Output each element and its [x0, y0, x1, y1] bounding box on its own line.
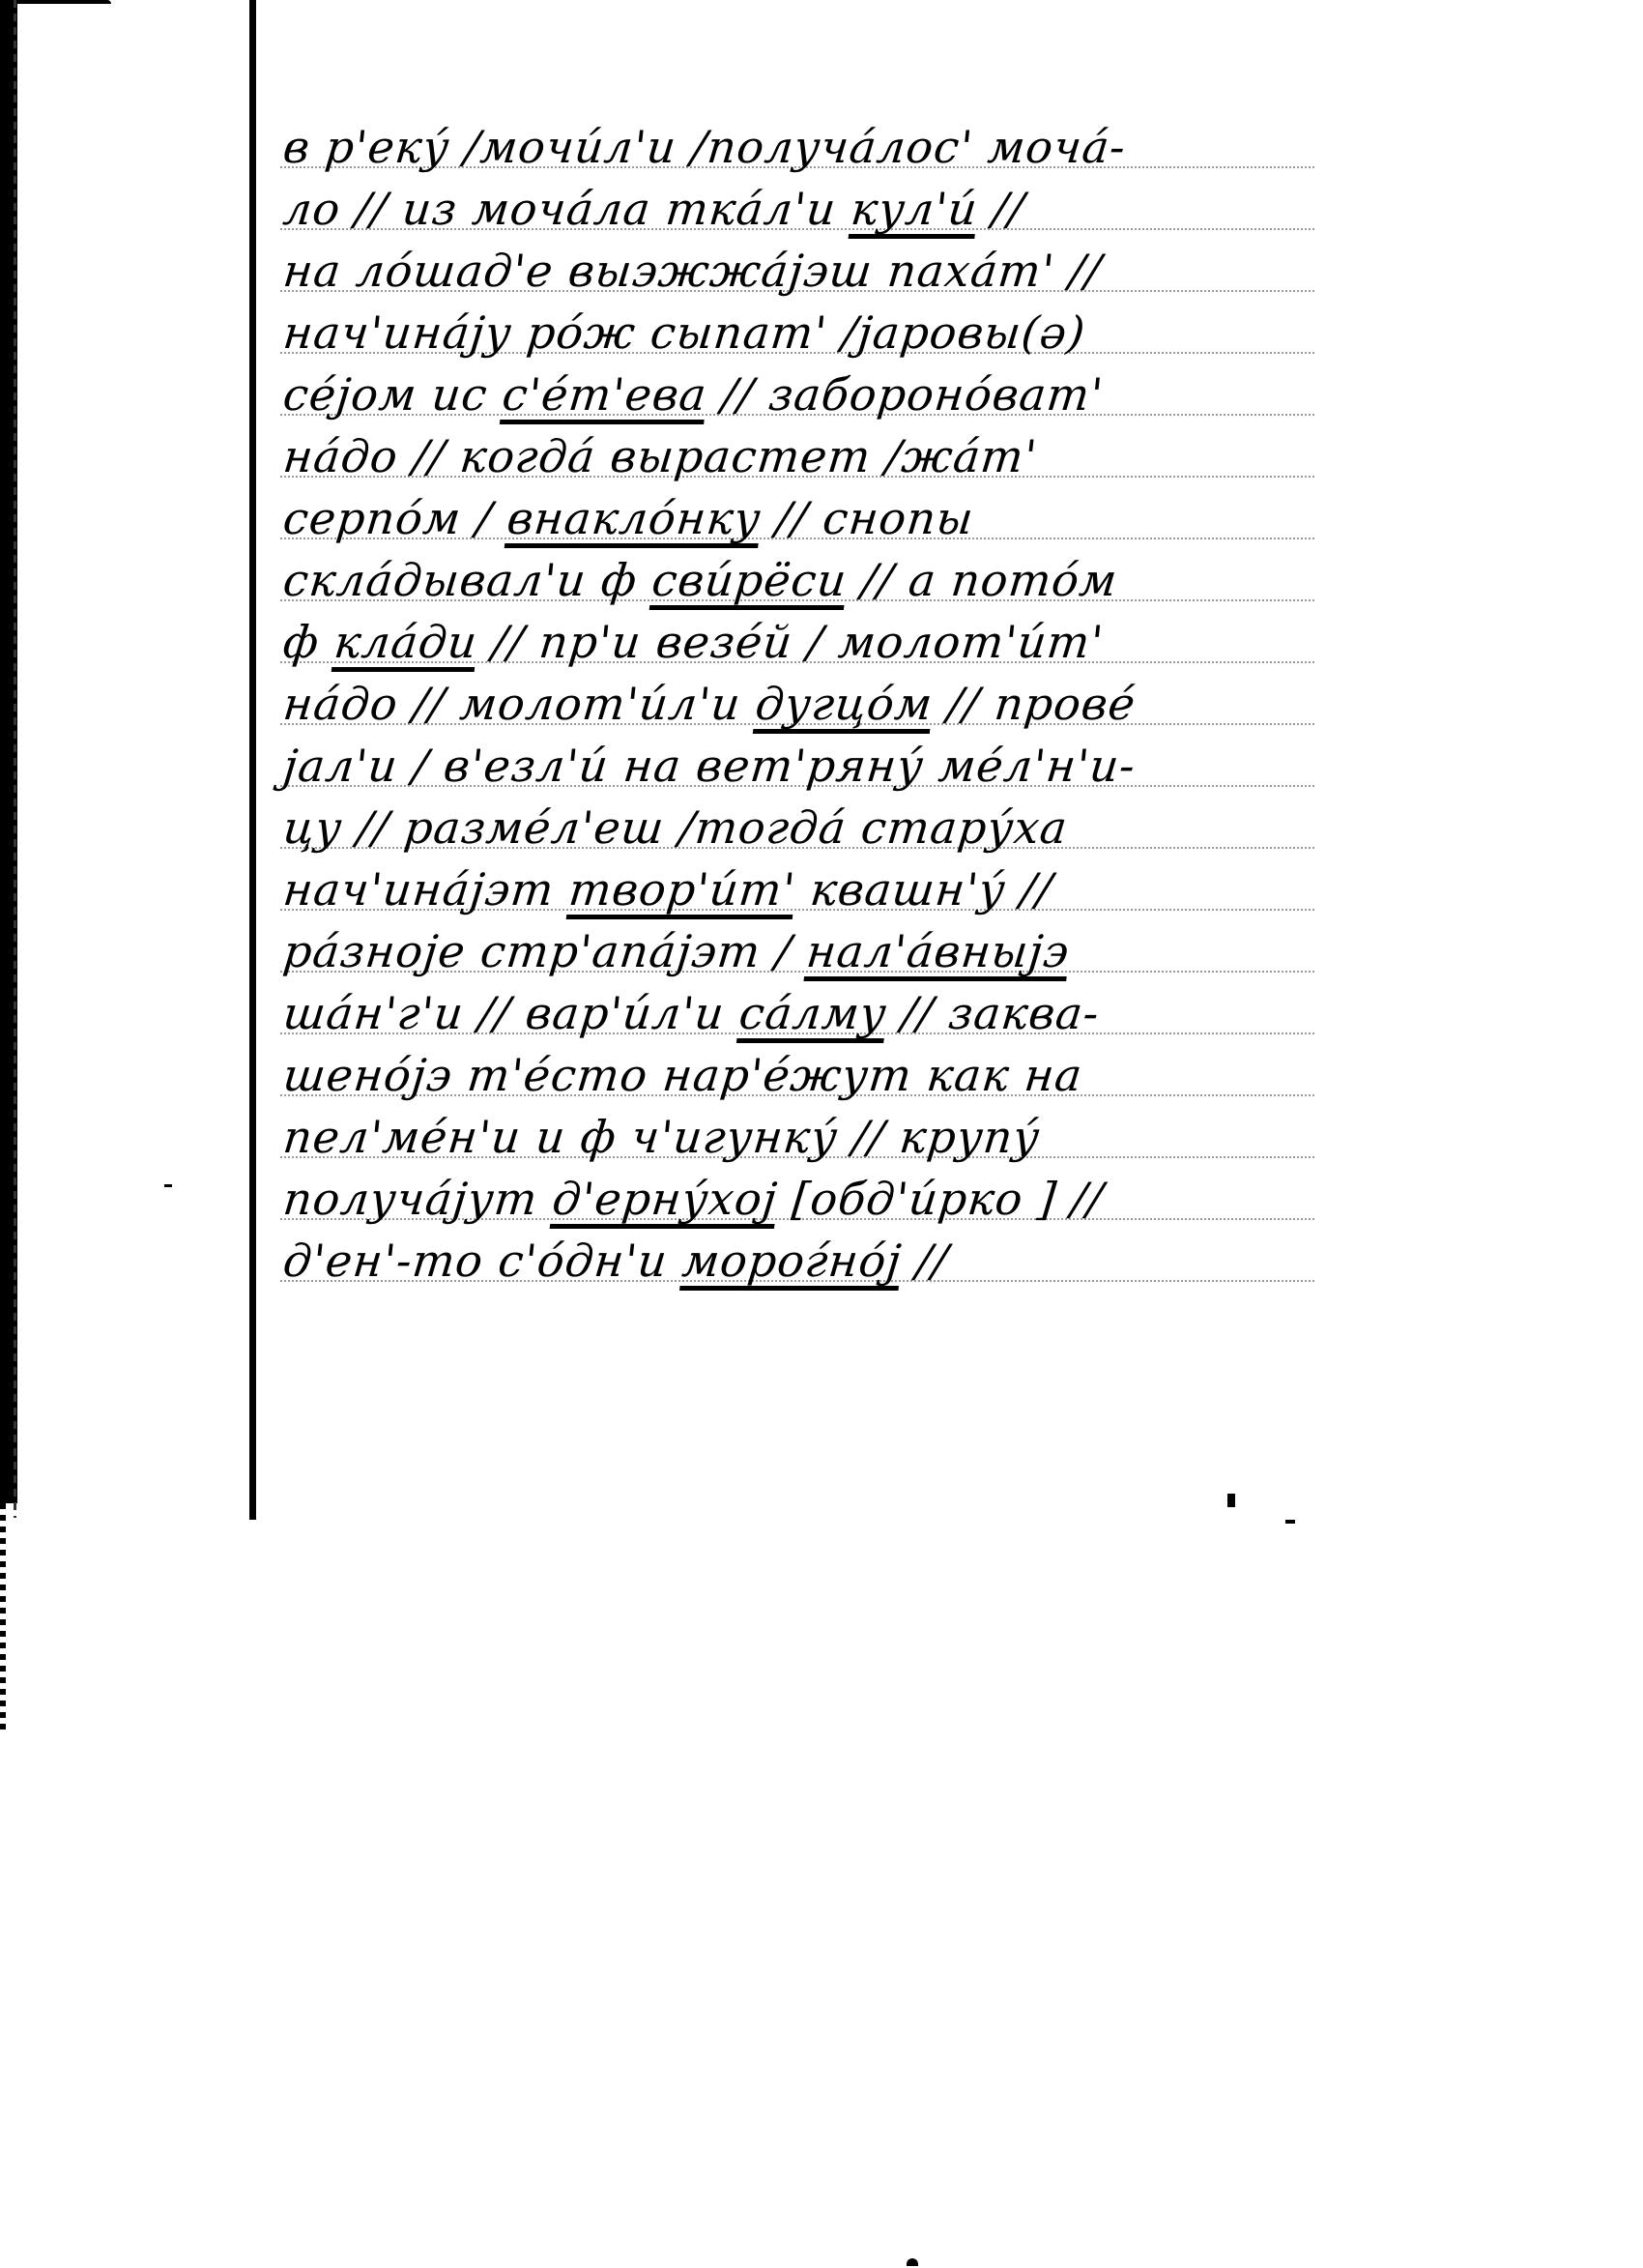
underlined-term: д'ерну́хој [550, 1173, 780, 1225]
line-text: // [975, 183, 1027, 235]
line-text: пел'ме́н'и и ф ч'игунку́ // крупу́ [281, 1111, 1043, 1163]
line-text: ра́зноје стр'апа́јэт / [281, 925, 810, 977]
line-text: ло // из мочá́ла ткáл'и [281, 183, 854, 235]
handwritten-line: нач'ина́јэт твор'и́т' квашн'у́ // [280, 858, 1331, 920]
handwritten-line: склáдывал'и ф свúрёси // а пото́м [280, 549, 1331, 611]
underlined-term: внаклóнку [504, 492, 764, 544]
handwritten-line: шено́јэ т'е́сто нар'е́жут как на [280, 1044, 1331, 1106]
handwritten-line: ра́зноје стр'апа́јэт / нал'а́вныјэ [280, 920, 1331, 982]
line-text: // а пото́м [844, 554, 1120, 606]
scan-edge-dashes [14, 0, 16, 1518]
line-text: на́до // когда́ вырастет /жа́т' [281, 430, 1041, 482]
underlined-term: са́лму [736, 987, 889, 1039]
line-text: // пр'и везе́й / молот'и́т' [475, 616, 1107, 668]
underlined-term: с'е́т'ева [500, 368, 709, 421]
underlined-term: кул'и́ [849, 183, 980, 235]
handwritten-line: нач'ина́ју ро́ж сыпат' /јаровы(ә) [280, 302, 1331, 363]
margin-rule [249, 0, 256, 1520]
line-text: в р'еку́ /мочи́л'и /получа́лос' моча́- [281, 121, 1129, 173]
underlined-term: кла́ди [331, 616, 480, 668]
line-text: цу // разме́л'еш /тогда́ стару́ха [281, 801, 1071, 854]
handwritten-line: јал'и / в'езл'и́ на вет'ряну́ ме́л'н'и- [280, 735, 1331, 797]
line-text: [обд'и́рко ] // [774, 1173, 1106, 1225]
underlined-term: мороѓно́ј [679, 1235, 904, 1287]
line-text: нач'ина́јэт [281, 863, 572, 916]
line-text: серпо́м / [281, 492, 510, 544]
handwritten-line: в р'еку́ /мочи́л'и /получа́лос' моча́- [280, 116, 1331, 178]
underlined-term: нал'а́вныјэ [804, 925, 1072, 977]
line-text: // заква- [884, 987, 1103, 1039]
handwritten-line: серпо́м / внаклóнку // снопы [280, 487, 1331, 549]
line-text: ф [281, 616, 337, 668]
handwritten-line: ф кла́ди // пр'и везе́й / молот'и́т' [280, 611, 1331, 673]
handwritten-line: на́до // молот'и́л'и дугцóм // прове́ [280, 673, 1331, 735]
line-text: // [899, 1235, 951, 1287]
line-text: склáдывал'и ф [281, 554, 655, 606]
scan-speck [164, 1184, 172, 1187]
handwritten-line: на́до // когда́ вырастет /жа́т' [280, 425, 1331, 487]
handwritten-line: получа́јут д'ерну́хој [обд'и́рко ] // [280, 1168, 1331, 1230]
underlined-term: свúрёси [649, 554, 850, 606]
handwritten-text-block: в р'еку́ /мочи́л'и /получа́лос' моча́-ло… [280, 0, 1305, 1508]
underlined-term: дугцóм [753, 678, 936, 730]
line-text: // снопы [759, 492, 977, 544]
scan-speck [907, 2258, 918, 2266]
handwritten-line: цу // разме́л'еш /тогда́ стару́ха [280, 797, 1331, 858]
handwritten-line: ша́н'г'и // вар'и́л'и са́лму // заква- [280, 982, 1331, 1044]
line-text: на́до // молот'и́л'и [281, 678, 759, 730]
line-text: ша́н'г'и // вар'и́л'и [281, 987, 742, 1039]
line-text: се́јом ис [281, 368, 505, 421]
handwritten-line: пел'ме́н'и и ф ч'игунку́ // крупу́ [280, 1106, 1331, 1168]
line-text: јал'и / в'езл'и́ на вет'ряну́ ме́л'н'и- [281, 740, 1139, 792]
handwritten-line: на ло́шад'е выэжжáјэш пахáт' // [280, 240, 1331, 302]
scan-speck [1227, 1494, 1235, 1507]
line-text: квашн'у́ // [793, 863, 1055, 916]
line-text: шено́јэ т'е́сто нар'е́жут как на [281, 1049, 1085, 1101]
line-text: д'ен'-то с'о́дн'и [281, 1235, 686, 1287]
line-text: // прове́ [930, 678, 1139, 730]
handwritten-line: се́јом ис с'е́т'ева // забороно́ват' [280, 363, 1331, 425]
underlined-term: твор'и́т' [566, 863, 798, 916]
line-text: нач'ина́ју ро́ж сыпат' /јаровы(ә) [281, 306, 1088, 359]
handwritten-line: ло // из мочá́ла ткáл'и кул'и́ // [280, 178, 1331, 240]
line-text: на ло́шад'е выэжжáјэш пахáт' // [281, 245, 1105, 297]
handwritten-line: д'ен'-то с'о́дн'и мороѓно́ј // [280, 1230, 1331, 1292]
scan-edge-noise [0, 1503, 6, 1735]
line-text: // забороно́ват' [705, 368, 1107, 421]
scan-speck [1285, 1520, 1295, 1524]
scan-edge-top [0, 0, 111, 4]
line-text: получа́јут [281, 1173, 556, 1225]
